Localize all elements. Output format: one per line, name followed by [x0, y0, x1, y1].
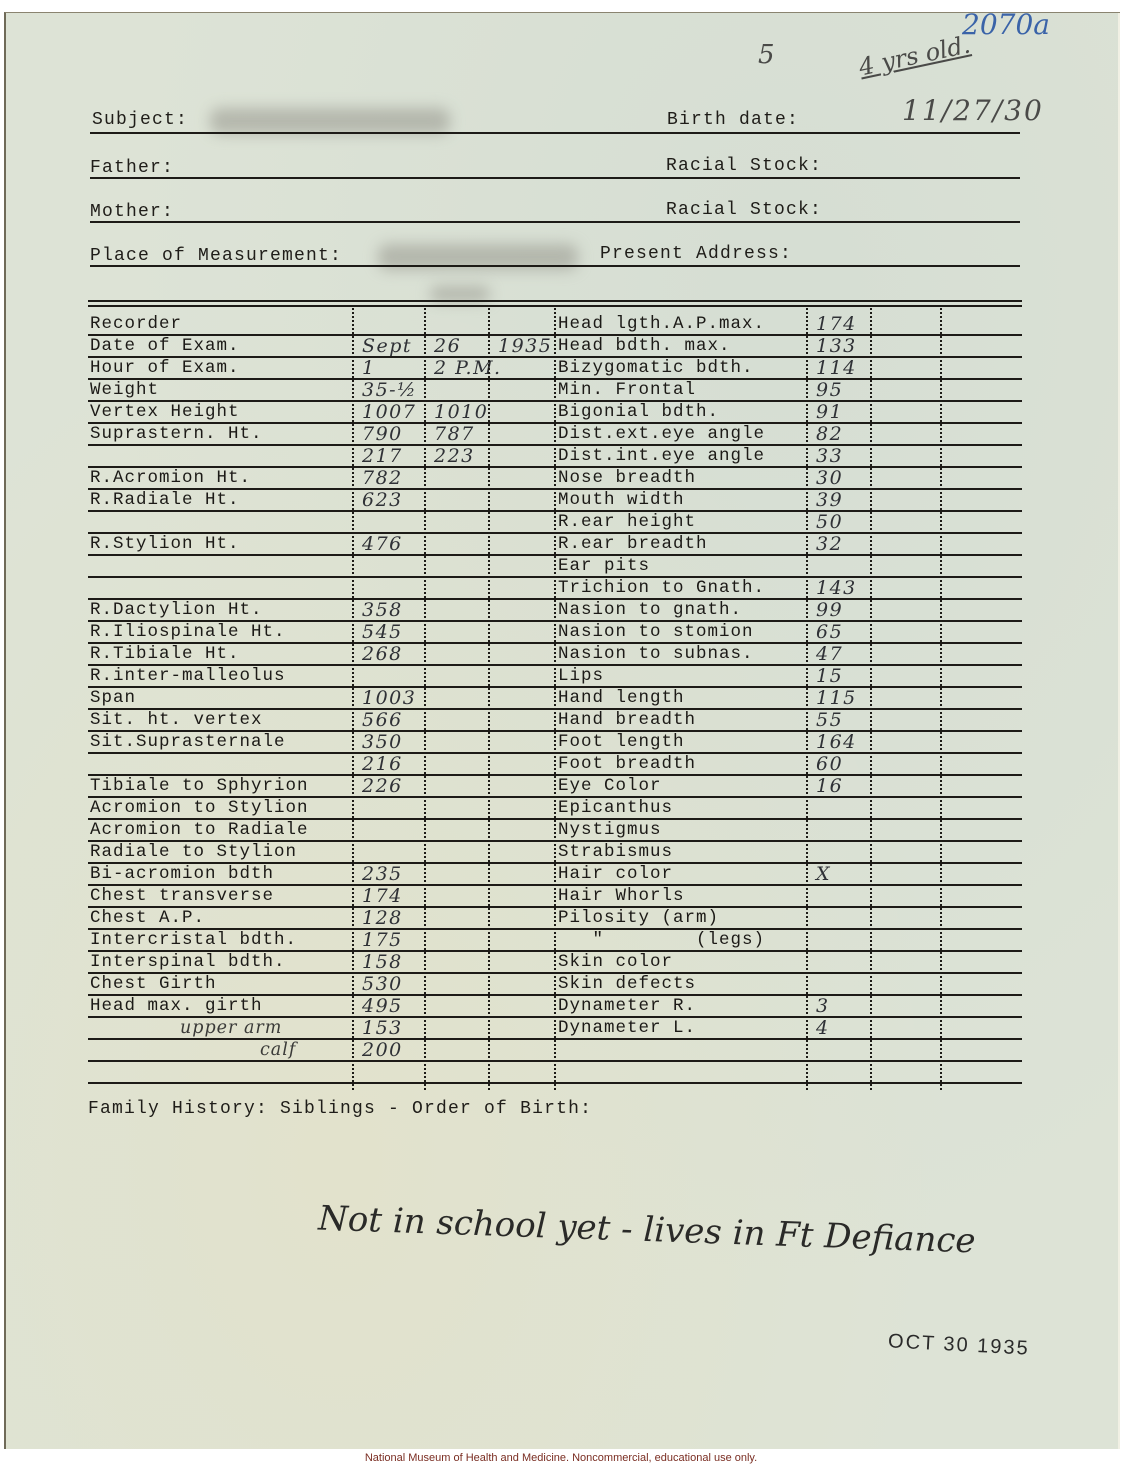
right-measurement-label: Hand breadth — [558, 710, 696, 730]
place-of-measurement-label: Place of Measurement: — [90, 246, 342, 266]
left-measurement-label: Suprastern. Ht. — [90, 424, 263, 444]
right-measurement-value-v1: 16 — [806, 776, 843, 796]
right-measurement-value-v1: 115 — [806, 688, 857, 708]
left-measurement-label: Head max. girth — [90, 996, 263, 1016]
left-measurement-value-v1: 158 — [352, 952, 403, 972]
right-measurement-label: Hair color — [558, 864, 673, 884]
right-measurement-value-v1: 39 — [806, 490, 843, 510]
birth-date-value: 11/27/30 — [902, 94, 1044, 127]
left-measurement-value-v1: 782 — [352, 468, 403, 488]
col-divider — [488, 308, 490, 1090]
right-measurement-label: Pilosity (arm) — [558, 908, 719, 928]
right-measurement-label: Dist.ext.eye angle — [558, 424, 765, 444]
left-measurement-label: Span — [90, 688, 136, 708]
col-divider — [352, 308, 354, 1090]
left-measurement-label: R.Iliospinale Ht. — [90, 622, 286, 642]
right-measurement-value-v1: X — [806, 864, 831, 884]
left-measurement-value-v1: 216 — [352, 754, 403, 774]
left-measurement-label: Weight — [90, 380, 159, 400]
left-measurement-value-v1: 175 — [352, 930, 403, 950]
left-measurement-value-v2: 26 — [424, 336, 461, 356]
left-measurement-value-v1: 217 — [352, 446, 403, 466]
col-divider — [870, 308, 872, 1090]
present-address-label: Present Address: — [600, 244, 792, 264]
right-measurement-label: Nose breadth — [558, 468, 696, 488]
right-measurement-label: Eye Color — [558, 776, 662, 796]
right-measurement-label: Mouth width — [558, 490, 685, 510]
right-measurement-value-v1: 65 — [806, 622, 843, 642]
right-measurement-value-v1: 133 — [806, 336, 857, 356]
right-measurement-label: Foot breadth — [558, 754, 696, 774]
right-measurement-value-v1: 3 — [806, 996, 830, 1016]
left-measurement-value-v2: 223 — [424, 446, 475, 466]
place-line — [90, 265, 1020, 267]
right-measurement-label: Nasion to stomion — [558, 622, 754, 642]
left-measurement-value-v1: 1003 — [352, 688, 416, 708]
left-measurement-label: Vertex Height — [90, 402, 240, 422]
birth-date-label: Birth date: — [667, 110, 799, 130]
right-measurement-value-v1: 32 — [806, 534, 843, 554]
left-measurement-value-v1: 268 — [352, 644, 403, 664]
right-measurement-label: Nystigmus — [558, 820, 662, 840]
col-divider-center — [554, 308, 556, 1090]
left-measurement-value-v1: 35-½ — [352, 380, 417, 400]
left-measurement-label: R.Dactylion Ht. — [90, 600, 263, 620]
left-measurement-label: Sit. ht. vertex — [90, 710, 263, 730]
right-measurement-value-v1: 33 — [806, 446, 843, 466]
mother-line — [90, 221, 1020, 223]
right-measurement-label: Min. Frontal — [558, 380, 696, 400]
credit-line: National Museum of Health and Medicine. … — [0, 1452, 1122, 1464]
right-measurement-label: Ear pits — [558, 556, 650, 576]
right-measurement-label: Bigonial bdth. — [558, 402, 719, 422]
right-measurement-value-v1: 30 — [806, 468, 843, 488]
subject-name-redacted — [210, 108, 450, 134]
left-measurement-value-v1: 358 — [352, 600, 403, 620]
left-measurement-value-v1: 128 — [352, 908, 403, 928]
right-measurement-label: Hair Whorls — [558, 886, 685, 906]
right-measurement-label: Dynameter L. — [558, 1018, 696, 1038]
left-measurement-value-v1: 566 — [352, 710, 403, 730]
file-number-annotation: 2070a — [962, 8, 1050, 41]
right-measurement-label: Strabismus — [558, 842, 673, 862]
subject-label: Subject: — [92, 110, 188, 130]
col-divider — [424, 308, 426, 1090]
subject-line — [90, 132, 1020, 134]
left-measurement-label: R.Radiale Ht. — [90, 490, 240, 510]
left-measurement-label: Intercristal bdth. — [90, 930, 297, 950]
right-measurement-label: Dist.int.eye angle — [558, 446, 765, 466]
left-measurement-value-v1: 530 — [352, 974, 403, 994]
measurement-table: RecorderHead lgth.A.P.max.174Date of Exa… — [88, 300, 1022, 1090]
left-measurement-label: Bi-acromion bdth — [90, 864, 274, 884]
left-measurement-value-v1: 495 — [352, 996, 403, 1016]
father-label: Father: — [90, 158, 174, 178]
right-measurement-label: Dynameter R. — [558, 996, 696, 1016]
right-measurement-label: Foot length — [558, 732, 685, 752]
right-measurement-label: " (legs) — [558, 930, 765, 950]
right-measurement-label: Lips — [558, 666, 604, 686]
right-measurement-value-v1: 174 — [806, 314, 857, 334]
right-measurement-label: R.ear breadth — [558, 534, 708, 554]
left-measurement-label: Date of Exam. — [90, 336, 240, 356]
right-measurement-label: Skin color — [558, 952, 673, 972]
right-measurement-value-v1: 60 — [806, 754, 843, 774]
right-measurement-value-v1: 143 — [806, 578, 857, 598]
left-measurement-label: upper arm — [180, 1018, 282, 1038]
left-measurement-value-v1: Sept — [352, 336, 412, 356]
left-measurement-label: calf — [260, 1040, 296, 1060]
left-measurement-value-v1: 1 — [352, 358, 376, 378]
mother-label: Mother: — [90, 202, 174, 222]
right-measurement-label: Trichion to Gnath. — [558, 578, 765, 598]
father-racial-stock-label: Racial Stock: — [666, 156, 822, 176]
left-measurement-label: R.Acromion Ht. — [90, 468, 251, 488]
right-measurement-label: Head bdth. max. — [558, 336, 731, 356]
left-measurement-label: Interspinal bdth. — [90, 952, 286, 972]
mother-racial-stock-label: Racial Stock: — [666, 200, 822, 220]
right-measurement-value-v1: 164 — [806, 732, 857, 752]
page-number-annotation: 5 — [758, 40, 775, 70]
right-measurement-label: Hand length — [558, 688, 685, 708]
col-divider — [806, 308, 808, 1090]
left-measurement-label: R.Stylion Ht. — [90, 534, 240, 554]
right-measurement-label: Epicanthus — [558, 798, 673, 818]
left-measurement-value-v1: 790 — [352, 424, 403, 444]
left-measurement-label: R.Tibiale Ht. — [90, 644, 240, 664]
left-measurement-label: Acromion to Stylion — [90, 798, 309, 818]
left-measurement-label: Chest A.P. — [90, 908, 205, 928]
father-line — [90, 177, 1020, 179]
left-measurement-value-v1: 623 — [352, 490, 403, 510]
family-history-label: Family History: Siblings - Order of Birt… — [88, 1099, 592, 1119]
right-measurement-value-v1: 47 — [806, 644, 843, 664]
right-measurement-value-v1: 55 — [806, 710, 843, 730]
left-measurement-label: Sit.Suprasternale — [90, 732, 286, 752]
left-measurement-value-v1: 545 — [352, 622, 403, 642]
right-measurement-label: Nasion to gnath. — [558, 600, 742, 620]
left-measurement-value-v1: 235 — [352, 864, 403, 884]
left-measurement-value-v3: 1935 — [488, 336, 552, 356]
right-measurement-value-v1: 99 — [806, 600, 843, 620]
right-measurement-label: Head lgth.A.P.max. — [558, 314, 765, 334]
table-top-rule-2 — [88, 305, 1022, 307]
col-divider — [940, 308, 942, 1090]
left-measurement-label: Tibiale to Sphyrion — [90, 776, 309, 796]
left-measurement-value-v1: 476 — [352, 534, 403, 554]
left-measurement-value-v1: 1007 — [352, 402, 416, 422]
right-measurement-value-v1: 15 — [806, 666, 843, 686]
left-measurement-value-v1: 226 — [352, 776, 403, 796]
right-measurement-label: Skin defects — [558, 974, 696, 994]
right-measurement-value-v1: 50 — [806, 512, 843, 532]
right-measurement-label: R.ear height — [558, 512, 696, 532]
left-measurement-label: Chest transverse — [90, 886, 274, 906]
right-measurement-value-v1: 114 — [806, 358, 857, 378]
left-measurement-label: Radiale to Stylion — [90, 842, 297, 862]
right-measurement-value-v1: 4 — [806, 1018, 830, 1038]
left-measurement-value-v2: 787 — [424, 424, 475, 444]
left-measurement-value-v1: 153 — [352, 1018, 403, 1038]
left-measurement-label: R.inter-malleolus — [90, 666, 286, 686]
right-measurement-value-v1: 91 — [806, 402, 843, 422]
left-measurement-label: Recorder — [90, 314, 182, 334]
left-measurement-label: Chest Girth — [90, 974, 217, 994]
left-measurement-value-v1: 174 — [352, 886, 403, 906]
right-measurement-value-v1: 95 — [806, 380, 843, 400]
left-measurement-label: Hour of Exam. — [90, 358, 240, 378]
left-measurement-value-v1: 350 — [352, 732, 403, 752]
right-measurement-value-v1: 82 — [806, 424, 843, 444]
right-measurement-label: Nasion to subnas. — [558, 644, 754, 664]
left-measurement-value-v1: 200 — [352, 1040, 403, 1060]
right-measurement-label: Bizygomatic bdth. — [558, 358, 754, 378]
table-top-rule — [88, 300, 1022, 302]
left-measurement-value-v2: 1010 — [424, 402, 488, 422]
left-measurement-label: Acromion to Radiale — [90, 820, 309, 840]
